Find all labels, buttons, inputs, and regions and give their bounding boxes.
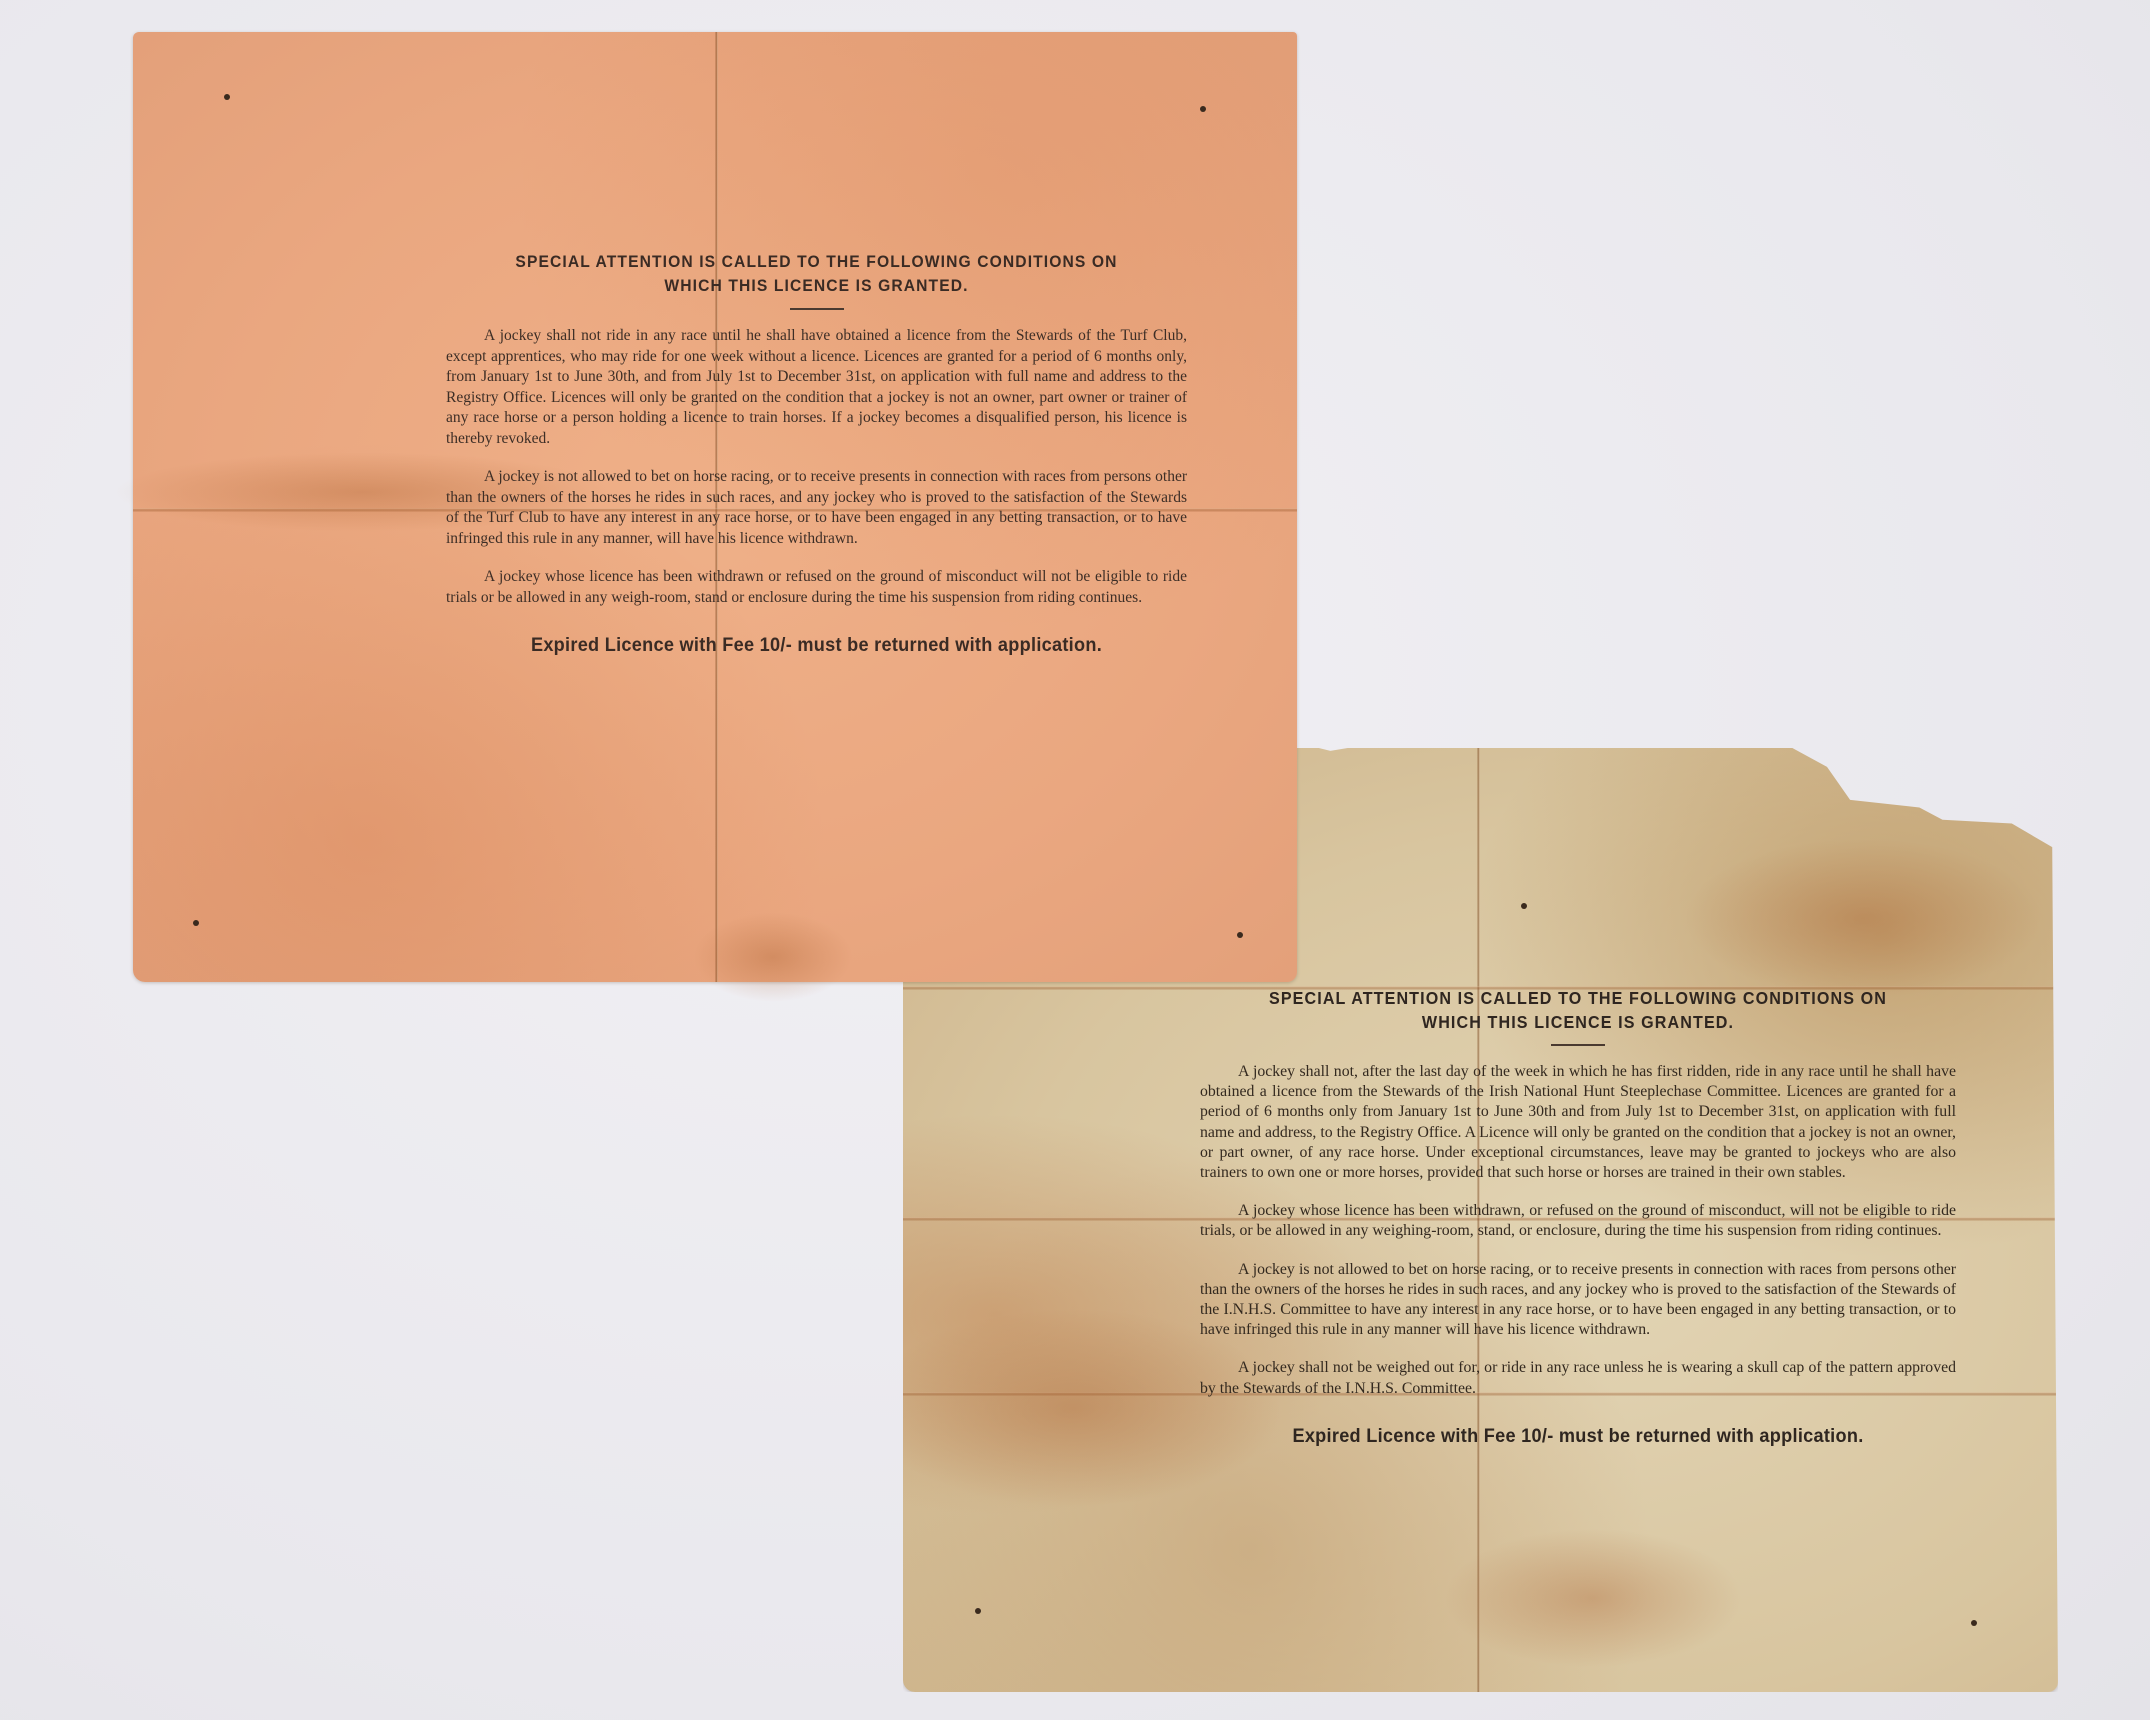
pin-hole bbox=[1237, 932, 1243, 938]
condition-paragraph: A jockey shall not, after the last day o… bbox=[1200, 1062, 1956, 1183]
heading-line-2: WHICH THIS LICENCE IS GRANTED. bbox=[476, 274, 1158, 298]
pin-hole bbox=[1200, 106, 1206, 112]
pin-hole bbox=[193, 920, 199, 926]
water-stain bbox=[1443, 1528, 1743, 1668]
heading-line-2: WHICH THIS LICENCE IS GRANTED. bbox=[1230, 1010, 1926, 1034]
pin-hole bbox=[1971, 1620, 1977, 1626]
condition-paragraph: A jockey whose licence has been withdraw… bbox=[1200, 1201, 1956, 1241]
fee-notice: Expired Licence with Fee 10/- must be re… bbox=[1226, 1425, 1929, 1448]
turf-club-licence-sheet: SPECIAL ATTENTION IS CALLED TO THE FOLLO… bbox=[133, 32, 1297, 982]
licence-conditions-text: SPECIAL ATTENTION IS CALLED TO THE FOLLO… bbox=[1200, 986, 1956, 1448]
heading-divider bbox=[1551, 1044, 1605, 1046]
pin-hole bbox=[224, 94, 230, 100]
condition-paragraph: A jockey shall not ride in any race unti… bbox=[446, 326, 1187, 449]
condition-paragraph: A jockey shall not be weighed out for, o… bbox=[1200, 1358, 1956, 1398]
water-stain bbox=[1683, 838, 2043, 998]
condition-paragraph: A jockey whose licence has been withdraw… bbox=[446, 567, 1187, 608]
pin-hole bbox=[975, 1608, 981, 1614]
fee-notice: Expired Licence with Fee 10/- must be re… bbox=[472, 634, 1161, 657]
water-stain bbox=[693, 912, 853, 1002]
heading-divider bbox=[790, 308, 844, 310]
heading-line-1: SPECIAL ATTENTION IS CALLED TO THE FOLLO… bbox=[1230, 986, 1926, 1010]
condition-paragraph: A jockey is not allowed to bet on horse … bbox=[1200, 1260, 1956, 1341]
condition-paragraph: A jockey is not allowed to bet on horse … bbox=[446, 467, 1187, 549]
conditions-heading: SPECIAL ATTENTION IS CALLED TO THE FOLLO… bbox=[476, 250, 1158, 298]
pin-hole bbox=[1521, 903, 1527, 909]
heading-line-1: SPECIAL ATTENTION IS CALLED TO THE FOLLO… bbox=[476, 250, 1158, 274]
conditions-heading: SPECIAL ATTENTION IS CALLED TO THE FOLLO… bbox=[1230, 986, 1926, 1034]
licence-conditions-text: SPECIAL ATTENTION IS CALLED TO THE FOLLO… bbox=[446, 250, 1187, 657]
